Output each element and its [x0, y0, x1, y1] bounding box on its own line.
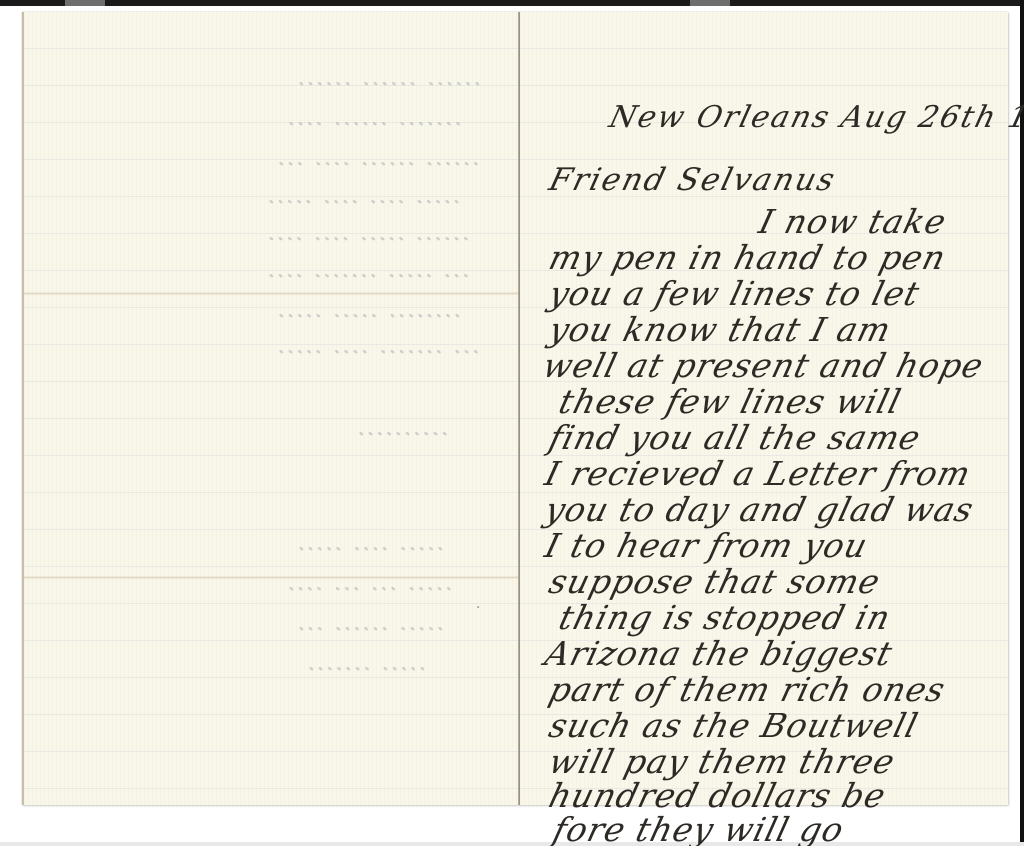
letter-line: such as the Boutwell [545, 706, 922, 745]
left-page: ...... ...... ...... ....... ...... ....… [24, 12, 519, 805]
scanner-bottom-edge [0, 842, 1024, 846]
bleed-through-line: ..... ...... ... [289, 607, 447, 637]
bleed-through-line: .......... [349, 412, 451, 442]
bleed-through-line: ... ....... .... ..... [269, 330, 483, 360]
bleed-through-line: ..... ....... [299, 647, 429, 677]
bleed-through-line: ..... .... ..... [289, 527, 447, 557]
letter-line: you a few lines to let [545, 274, 924, 313]
letter-salutation: Friend Selvanus [546, 162, 841, 198]
letter-heading-date: New Orleans Aug 26th 1869 [606, 100, 1024, 135]
bleed-through-line: ....... ...... .... [279, 102, 465, 132]
bleed-through-line: ..... .... .... ..... [259, 180, 463, 210]
bleed-through-line: ..... ... ... .... [279, 567, 456, 597]
bleed-through-line: ...... ..... .... .... [259, 217, 473, 247]
scanner-edge-highlight [690, 0, 730, 6]
letter-line: you know that I am [545, 310, 895, 349]
letter-line: these few lines will [555, 382, 905, 421]
right-page: New Orleans Aug 26th 1869 Friend Selvanu… [520, 12, 1008, 805]
bleed-through-line: ...... ...... .... ... [269, 142, 483, 172]
letter-line: part of them rich ones [545, 670, 950, 709]
scanner-lid-edge [0, 0, 1024, 6]
bleed-through-line: ...... ...... ...... [289, 62, 484, 92]
letter-line: I now take [755, 202, 951, 241]
letter-line: I to hear from you [541, 526, 872, 565]
letter-sheet: ...... ...... ...... ....... ...... ....… [22, 12, 1008, 805]
letter-line: you to day and glad was [541, 490, 978, 529]
scanner-edge-highlight [65, 0, 105, 6]
letter-line: suppose that some [545, 562, 885, 601]
bleed-through-line: ... ..... ....... .... [259, 254, 473, 284]
letter-line: fore they will go [549, 810, 848, 846]
letter-line: well at present and hope [539, 346, 988, 385]
letter-line: Arizona the biggest [541, 634, 897, 673]
letter-line: my pen in hand to pen [545, 238, 950, 277]
bleed-through-line: ........ ..... ..... [269, 294, 464, 324]
letter-line: thing is stopped in [555, 598, 895, 637]
letter-line: find you all the same [545, 418, 925, 457]
letter-line: I recieved a Letter from [541, 454, 975, 493]
ink-speck: · [476, 600, 480, 616]
